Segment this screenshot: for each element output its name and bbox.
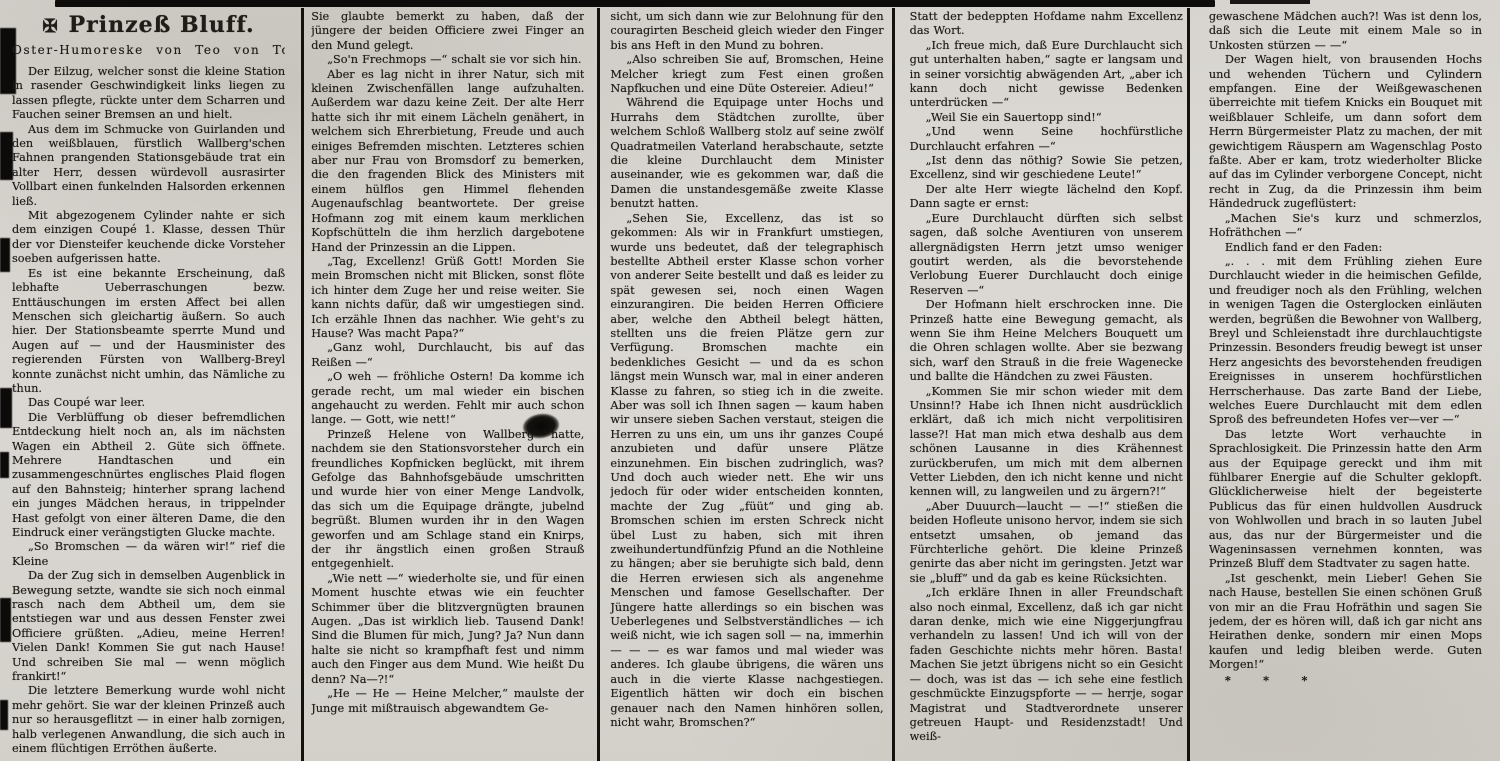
paragraph: Aber es lag nicht in ihrer Natur, sich m…	[311, 68, 584, 255]
paragraph: Endlich fand er den Faden:	[1209, 241, 1482, 255]
paragraph: Mit abgezogenem Cylinder nahte er sich d…	[12, 209, 285, 267]
paragraph: Der alte Herr wiegte lächelnd den Kopf. …	[910, 183, 1183, 212]
end-mark: * * *	[1209, 673, 1482, 687]
paragraph: „Und wenn Seine hochfürstliche Durchlauc…	[910, 125, 1183, 154]
column-1: ✠Prinzeß Bluff. Oster-Humoreske von Teo …	[12, 10, 285, 757]
column-3: sicht, um sich dann wie zur Belohnung fü…	[610, 10, 883, 757]
column-rule	[892, 8, 895, 761]
paragraph: „Eure Durchlaucht dürften sich selbst sa…	[910, 212, 1183, 298]
paragraph: „Tag, Excellenz! Grüß Gott! Morden Sie m…	[311, 255, 584, 341]
paragraph: Prinzeß Helene von Wallberg hatte, nachd…	[311, 428, 584, 572]
paragraph: „Machen Sie's kurz und schmerzlos, Hofrä…	[1209, 212, 1482, 241]
paragraph: Das Coupé war leer.	[12, 396, 285, 410]
paragraph: „Aber Duuurch—laucht — —!“ stießen die b…	[910, 500, 1183, 586]
story-title-text: Prinzeß Bluff.	[69, 12, 255, 38]
byline: Oster-Humoreske von Teo von Torn.	[12, 43, 285, 57]
paragraph: Die letztere Bemerkung wurde wohl nicht …	[12, 684, 285, 756]
column-rule	[1187, 8, 1190, 761]
paragraph: Es ist eine bekannte Erscheinung, daß le…	[12, 267, 285, 397]
newspaper-page: ✠Prinzeß Bluff. Oster-Humoreske von Teo …	[0, 0, 1500, 761]
paragraph: „Ich erkläre Ihnen in aller Freundschaft…	[910, 586, 1183, 744]
paragraph: „Ganz wohl, Durchlaucht, bis auf das Rei…	[311, 341, 584, 370]
paragraph: „Also schreiben Sie auf, Bromschen, Hein…	[610, 53, 883, 96]
paragraph: Der Wagen hielt, von brausenden Hochs un…	[1209, 53, 1482, 211]
paragraph: Aus dem im Schmucke von Guirlanden und d…	[12, 123, 285, 209]
paragraph: sicht, um sich dann wie zur Belohnung fü…	[610, 10, 883, 53]
paragraph: „Wie nett —“ wiederholte sie, und für ei…	[311, 572, 584, 687]
paragraph: „. . . mit dem Frühling ziehen Eure Durc…	[1209, 255, 1482, 428]
paragraph: Während die Equipage unter Hochs und Hur…	[610, 96, 883, 211]
column-rule	[301, 8, 304, 761]
paragraph: „Kommen Sie mir schon wieder mit dem Uns…	[910, 385, 1183, 500]
paragraph: „He — He — Heine Melcher,“ maulste der J…	[311, 687, 584, 716]
paragraph: „Ist geschenkt, mein Lieber! Gehen Sie n…	[1209, 572, 1482, 673]
paragraph: „So'n Frechmops —“ schalt sie vor sich h…	[311, 53, 584, 67]
column-rule	[597, 8, 600, 761]
paragraph: Da der Zug sich in demselben Augenblick …	[12, 569, 285, 684]
paragraph: Sie glaubte bemerkt zu haben, daß der jü…	[311, 10, 584, 53]
paragraph: „Ist denn das nöthig? Sowie Sie petzen, …	[910, 154, 1183, 183]
paragraph: Der Eilzug, welcher sonst die kleine Sta…	[12, 65, 285, 123]
paragraph: gewaschene Mädchen auch?! Was ist denn l…	[1209, 10, 1482, 53]
paragraph: „So Bromschen — da wären wir!“ rief die …	[12, 540, 285, 569]
paragraph: Die Verblüffung ob dieser befremdlichen …	[12, 411, 285, 541]
masthead: ✠Prinzeß Bluff. Oster-Humoreske von Teo …	[12, 12, 285, 57]
column-2: Sie glaubte bemerkt zu haben, daß der jü…	[311, 10, 584, 757]
paragraph: „Weil Sie ein Sauertopp sind!“	[910, 111, 1183, 125]
paragraph: Der Hofmann hielt erschrocken inne. Die …	[910, 298, 1183, 384]
column-5: gewaschene Mädchen auch?! Was ist denn l…	[1209, 10, 1482, 757]
paragraph: „Sehen Sie, Excellenz, das ist so gekomm…	[610, 212, 883, 731]
paragraph: „Ich freue mich, daß Eure Durchlaucht si…	[910, 39, 1183, 111]
column-4: Statt der bedeppten Hofdame nahm Excelle…	[910, 10, 1183, 757]
paragraph: Statt der bedeppten Hofdame nahm Excelle…	[910, 10, 1183, 39]
story-title: ✠Prinzeß Bluff.	[12, 12, 285, 38]
column-container: ✠Prinzeß Bluff. Oster-Humoreske von Teo …	[0, 0, 1500, 761]
paragraph: Das letzte Wort verhauchte in Sprachlosi…	[1209, 428, 1482, 572]
title-ornament-icon: ✠	[43, 16, 59, 37]
